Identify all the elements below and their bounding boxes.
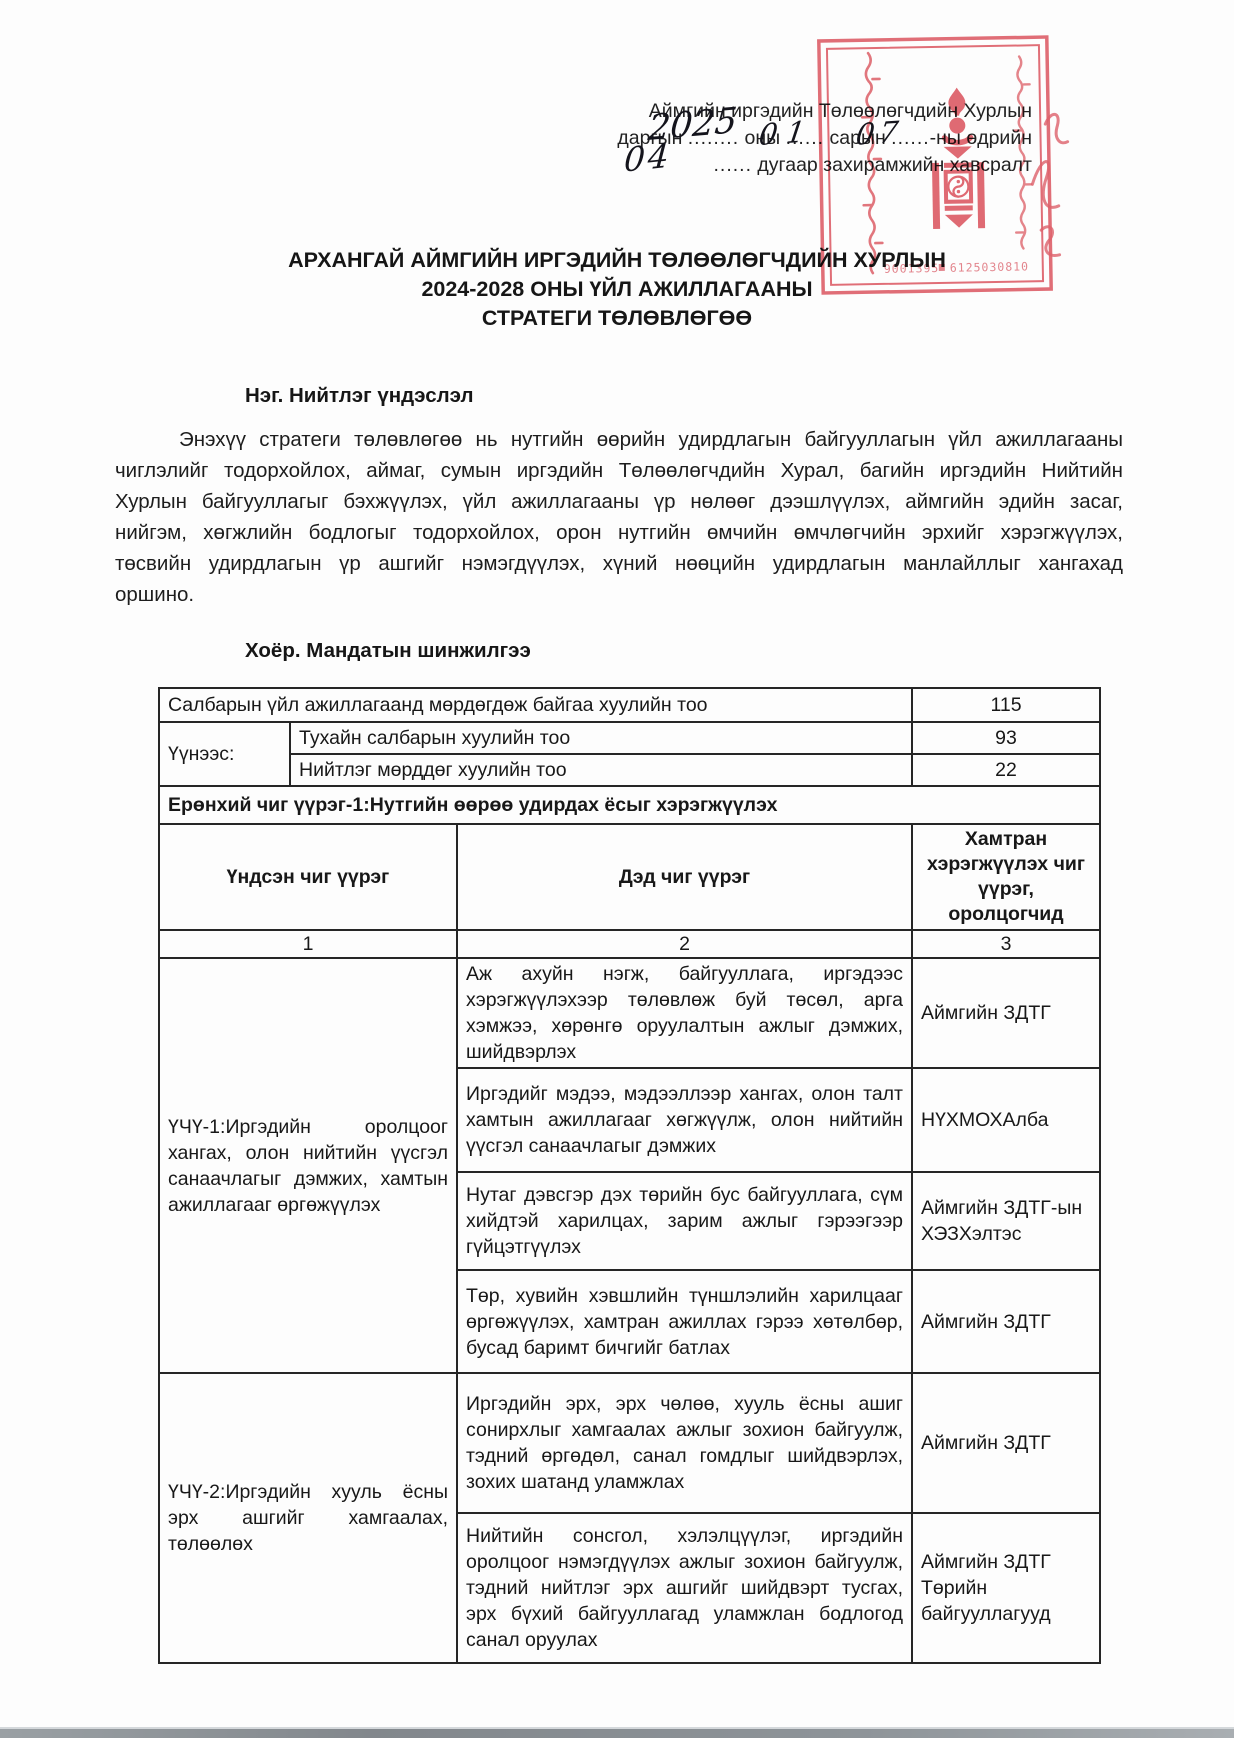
sub-function-cell: Нутаг дэвсгэр дэх төрийн бус байгууллага…: [457, 1172, 912, 1270]
dotted-blank: ........: [688, 127, 739, 149]
stamp-registry-numbers: 9001395 6125030810: [884, 259, 1029, 276]
soyombo-emblem: [931, 87, 985, 229]
table-row: ҮЧҮ-1:Иргэдийн оролцоог хангах, олон ний…: [159, 958, 1100, 1068]
section-one-heading: Нэг. Нийтлэг үндэслэл: [245, 384, 473, 408]
column-number: 1: [159, 930, 457, 958]
mandate-table: Салбарын үйл ажиллагаанд мөрдөгдөж байга…: [158, 687, 1101, 1664]
partner-cell: Аймгийн ЗДТГ Төрийн байгууллагууд: [912, 1513, 1100, 1663]
stat-label: Салбарын үйл ажиллагаанд мөрдөгдөж байга…: [159, 688, 912, 722]
stat-label: Нийтлэг мөрддөг хуулийн тоо: [290, 754, 912, 786]
title-line3: СТРАТЕГИ ТӨЛӨВЛӨГӨӨ: [107, 304, 1127, 333]
mongol-script-column-right: [1013, 56, 1032, 248]
mongol-script-column-left: [861, 53, 883, 273]
note-word: оны: [739, 127, 785, 149]
main-function-cell: ҮЧҮ-2:Иргэдийн хууль ёсны эрх ашгийг хам…: [159, 1373, 457, 1663]
official-stamp: 9001395 6125030810: [816, 34, 1054, 296]
stat-value: 115: [912, 688, 1100, 722]
column-header-main: Үндсэн чиг үүрэг: [159, 824, 457, 930]
scan-edge: [0, 1729, 1234, 1738]
section-two-heading: Хоёр. Мандатын шинжилгээ: [245, 639, 531, 663]
column-header-partner: Хамтран хэрэгжүүлэх чиг үүрэг, оролцогчи…: [912, 824, 1100, 930]
document-page: Аймгийн иргэдийн Төлөөлөгчдийн Хурлын да…: [0, 0, 1234, 1738]
partner-cell: Аймгийн ЗДТГ: [912, 1373, 1100, 1513]
partner-cell: Аймгийн ЗДТГ-ын ХЭЗХэлтэс: [912, 1172, 1100, 1270]
table-row: Салбарын үйл ажиллагаанд мөрдөгдөж байга…: [159, 688, 1100, 722]
sub-function-cell: Иргэдийн эрх, эрх чөлөө, хууль ёсны ашиг…: [457, 1373, 912, 1513]
sub-function-cell: Аж ахуйн нэгж, байгууллага, иргэдээс хэр…: [457, 958, 912, 1068]
sub-function-cell: Иргэдийг мэдээ, мэдээллээр хангах, олон …: [457, 1068, 912, 1172]
column-number: 2: [457, 930, 912, 958]
general-function-title: Ерөнхий чиг үүрэг-1:Нутгийн өөрөө удирда…: [159, 786, 1100, 824]
partner-cell: НҮХМОХАлба: [912, 1068, 1100, 1172]
partner-cell: Аймгийн ЗДТГ: [912, 1270, 1100, 1373]
column-number-row: 1 2 3: [159, 930, 1100, 958]
table-row: Үүнээс: Тухайн салбарын хуулийн тоо 93: [159, 722, 1100, 754]
general-function-row: Ерөнхий чиг үүрэг-1:Нутгийн өөрөө удирда…: [159, 786, 1100, 824]
table-row: Нийтлэг мөрддөг хуулийн тоо 22: [159, 754, 1100, 786]
dotted-blank: ......: [713, 154, 752, 176]
stat-value: 93: [912, 722, 1100, 754]
table-header-row: Үндсэн чиг үүрэг Дэд чиг үүрэг Хамтран х…: [159, 824, 1100, 930]
table-row: ҮЧҮ-2:Иргэдийн хууль ёсны эрх ашгийг хам…: [159, 1373, 1100, 1513]
stamp-number-right: 6125030810: [950, 259, 1029, 274]
stat-label: Тухайн салбарын хуулийн тоо: [290, 722, 912, 754]
column-number: 3: [912, 930, 1100, 958]
section-one-paragraph: Энэхүү стратеги төлөвлөгөө нь нутгийн өө…: [115, 424, 1123, 610]
stamp-number-left: 9001395: [884, 261, 940, 276]
partner-cell: Аймгийн ЗДТГ: [912, 958, 1100, 1068]
main-function-cell: ҮЧҮ-1:Иргэдийн оролцоог хангах, олон ний…: [159, 958, 457, 1373]
sub-function-cell: Төр, хувийн хэвшлийн түншлэлийн харилцаа…: [457, 1270, 912, 1373]
column-header-sub: Дэд чиг үүрэг: [457, 824, 912, 930]
from-label-cell: Үүнээс:: [159, 722, 290, 786]
sub-function-cell: Нийтийн сонсгол, хэлэлцүүлэг, иргэдийн о…: [457, 1513, 912, 1663]
note-word: даргын: [617, 127, 687, 149]
stat-value: 22: [912, 754, 1100, 786]
